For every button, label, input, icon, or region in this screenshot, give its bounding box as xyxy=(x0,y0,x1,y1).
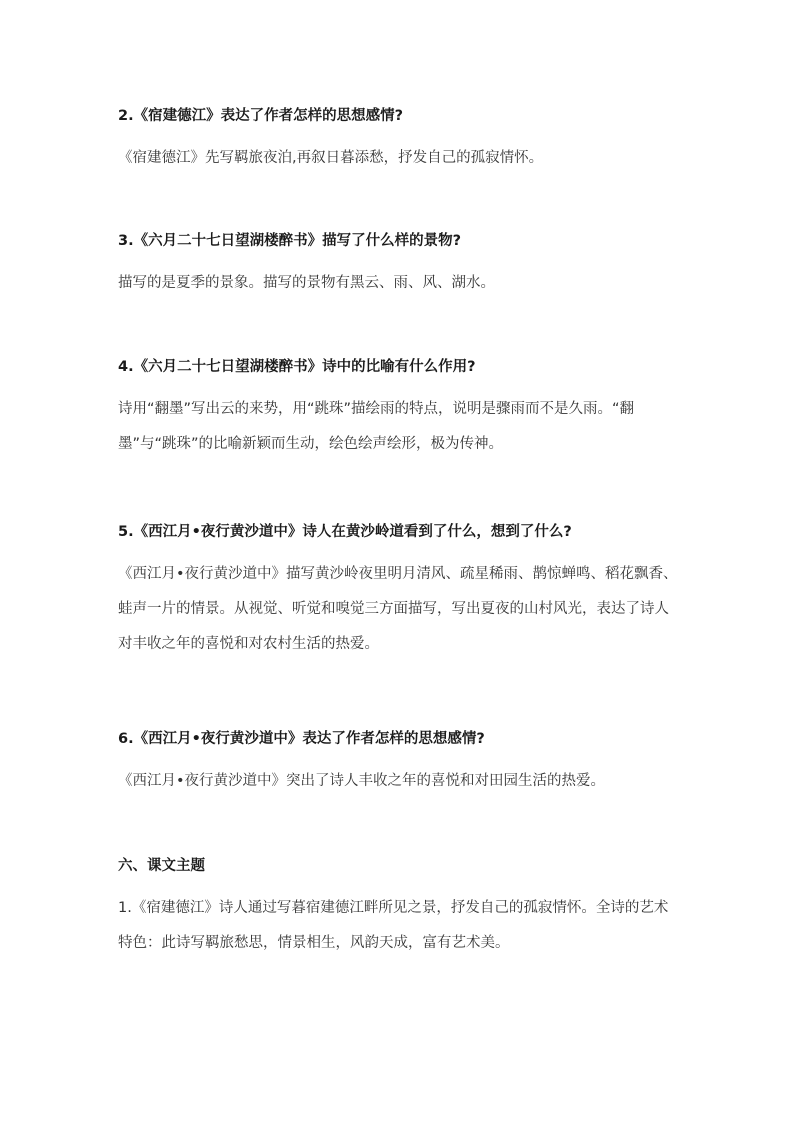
question-heading-2: 2.《宿建德江》表达了作者怎样的思想感情? xyxy=(118,106,678,126)
question-heading-3: 3.《六月二十七日望湖楼醉书》描写了什么样的景物? xyxy=(118,231,678,251)
section-heading-theme: 六、课文主题 xyxy=(118,856,678,876)
question-heading-4: 4.《六月二十七日望湖楼醉书》诗中的比喻有什么作用? xyxy=(118,357,678,377)
answer-3: 描写的是夏季的景象。描写的景物有黑云、雨、风、湖水。 xyxy=(118,266,678,301)
answer-6: 《西江月•夜行黄沙道中》突出了诗人丰收之年的喜悦和对田园生活的热爱。 xyxy=(118,764,678,799)
answer-4: 诗用“翻墨”写出云的来势，用“跳珠”描绘雨的特点，说明是骤雨而不是久雨。“翻墨”… xyxy=(118,392,678,462)
answer-5: 《西江月•夜行黄沙道中》描写黄沙岭夜里明月清风、疏星稀雨、鹊惊蝉鸣、稻花飘香、蛙… xyxy=(118,557,678,662)
theme-paragraph-1: 1.《宿建德江》诗人通过写暮宿建德江畔所见之景，抒发自己的孤寂情怀。全诗的艺术特… xyxy=(118,891,678,961)
question-heading-6: 6.《西江月•夜行黄沙道中》表达了作者怎样的思想感情? xyxy=(118,729,678,749)
question-heading-5: 5.《西江月•夜行黄沙道中》诗人在黄沙岭道看到了什么，想到了什么? xyxy=(118,522,678,542)
answer-2: 《宿建德江》先写羁旅夜泊,再叙日暮添愁，抒发自己的孤寂情怀。 xyxy=(118,141,678,176)
